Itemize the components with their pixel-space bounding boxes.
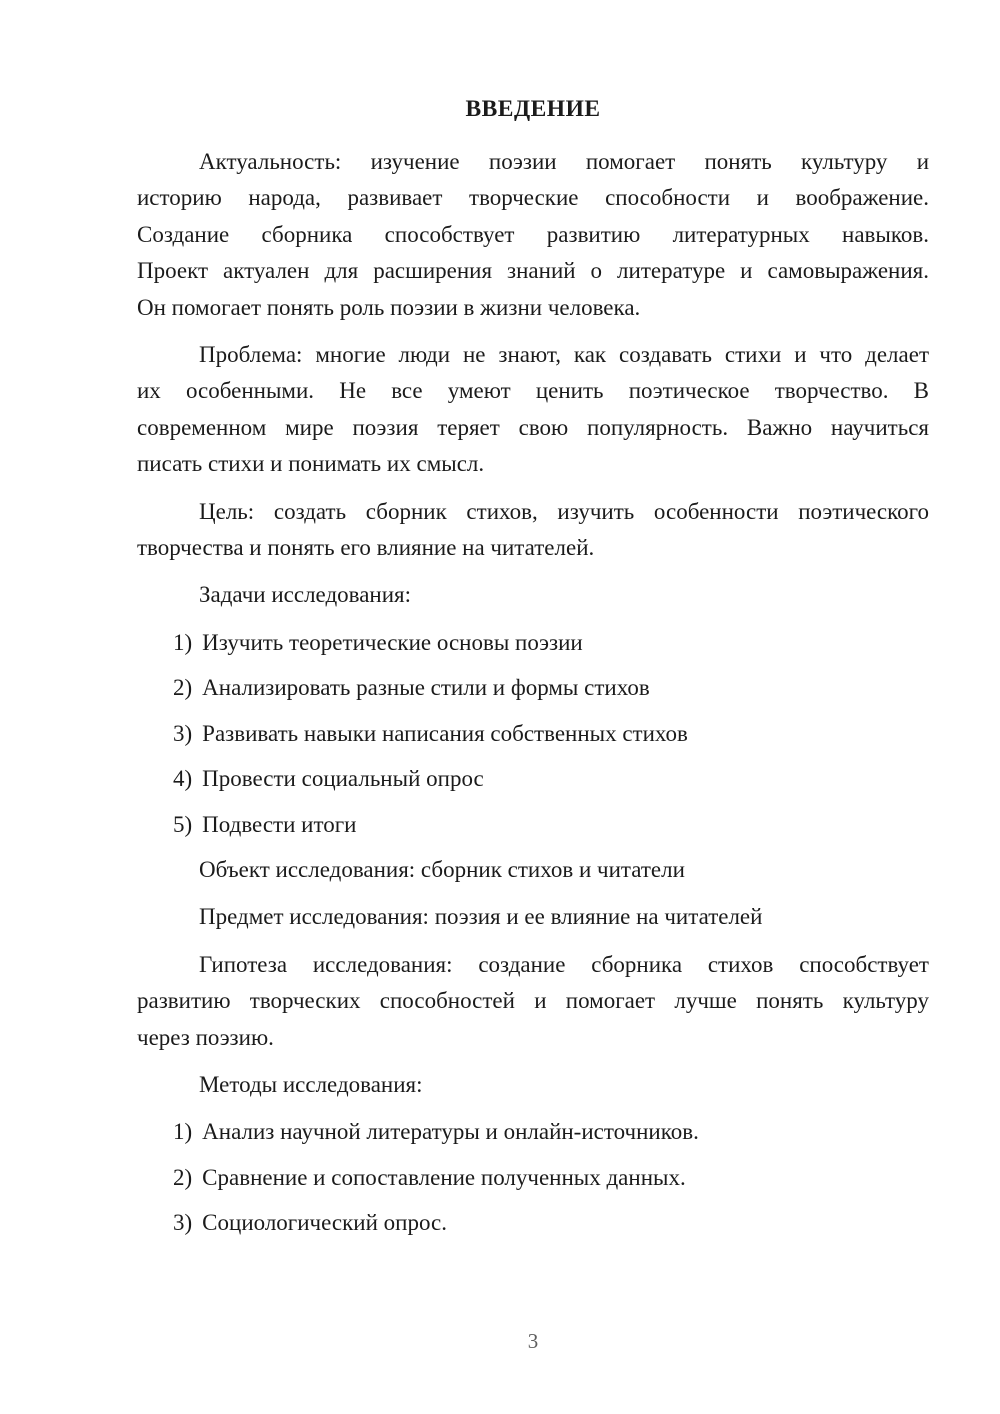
task-item-5: 5)Подвести итоги <box>137 807 929 843</box>
list-item-number: 4) <box>173 766 192 791</box>
list-item-text: Развивать навыки написания собственных с… <box>202 721 688 746</box>
list-item-number: 1) <box>173 630 192 655</box>
paragraph-hypothesis: Гипотеза исследования: создание сборника… <box>137 947 929 1056</box>
list-item-text: Подвести итоги <box>202 812 356 837</box>
document-page: ВВЕДЕНИЕ Актуальность: изучение поэзии п… <box>0 0 1000 1414</box>
method-item-3: 3)Социологический опрос. <box>137 1205 929 1241</box>
document-content: ВВЕДЕНИЕ Актуальность: изучение поэзии п… <box>137 91 929 1251</box>
list-item-number: 2) <box>173 1165 192 1190</box>
paragraph-subject: Предмет исследования: поэзия и ее влияни… <box>137 899 929 935</box>
tasks-list: 1)Изучить теоретические основы поэзии 2)… <box>137 625 929 843</box>
page-number: 3 <box>137 1326 929 1356</box>
list-item-number: 3) <box>173 721 192 746</box>
paragraph-problem: Проблема: многие люди не знают, как созд… <box>137 337 929 483</box>
paragraph-goal: Цель: создать сборник стихов, изучить ос… <box>137 494 929 567</box>
task-item-1: 1)Изучить теоретические основы поэзии <box>137 625 929 661</box>
methods-list: 1)Анализ научной литературы и онлайн-ист… <box>137 1114 929 1241</box>
task-item-4: 4)Провести социальный опрос <box>137 761 929 797</box>
list-item-text: Анализ научной литературы и онлайн-источ… <box>202 1119 699 1144</box>
list-item-number: 3) <box>173 1210 192 1235</box>
list-item-text: Социологический опрос. <box>202 1210 447 1235</box>
list-item-number: 1) <box>173 1119 192 1144</box>
list-item-text: Провести социальный опрос <box>202 766 484 791</box>
tasks-heading: Задачи исследования: <box>137 577 929 613</box>
task-item-3: 3)Развивать навыки написания собственных… <box>137 716 929 752</box>
task-item-2: 2)Анализировать разные стили и формы сти… <box>137 670 929 706</box>
list-item-text: Анализировать разные стили и формы стихо… <box>202 675 650 700</box>
list-item-text: Сравнение и сопоставление полученных дан… <box>202 1165 686 1190</box>
list-item-number: 2) <box>173 675 192 700</box>
method-item-1: 1)Анализ научной литературы и онлайн-ист… <box>137 1114 929 1150</box>
paragraph-object: Объект исследования: сборник стихов и чи… <box>137 852 929 888</box>
list-item-number: 5) <box>173 812 192 837</box>
method-item-2: 2)Сравнение и сопоставление полученных д… <box>137 1160 929 1196</box>
methods-heading: Методы исследования: <box>137 1067 929 1103</box>
page-title: ВВЕДЕНИЕ <box>137 91 929 128</box>
paragraph-actuality: Актуальность: изучение поэзии помогает п… <box>137 144 929 326</box>
list-item-text: Изучить теоретические основы поэзии <box>202 630 583 655</box>
